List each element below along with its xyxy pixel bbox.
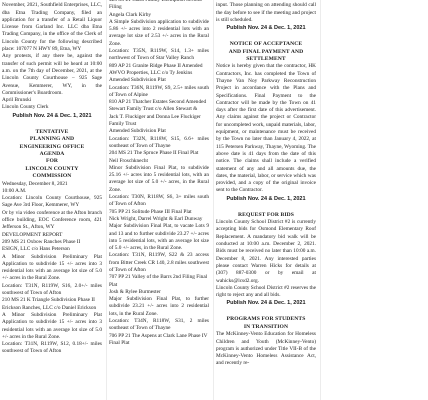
- notice-heading: SETTLEMENT: [216, 56, 316, 63]
- agenda-item-location: Location: T31N, R119W, S22 & 23 access f…: [109, 252, 209, 274]
- agenda-item-title: 809 AP 21 Granite Ridge Phase II Amended: [109, 63, 209, 70]
- agenda-item-title: 707 PP 21 Valley of the Barrs 2nd Filing…: [109, 274, 209, 289]
- publish-dates: Publish Nov. 24 & Dec. 1, 2021: [2, 112, 102, 120]
- agenda-item-location: Location: T35N, R119W, S14, 1.3+ miles n…: [109, 48, 209, 63]
- notice-heading: PLANNING AND: [2, 136, 102, 143]
- agenda-location: Location: Lincoln County Courthouse, 925…: [2, 195, 102, 210]
- agenda-item-desc: Major Subdivision Final Plat, to vacate …: [109, 223, 209, 252]
- agenda-section: DEVELOPMENT REPORT: [2, 232, 102, 239]
- notice-text: Any protests, if any there be, against t…: [2, 53, 102, 97]
- agenda-time: 10:00 A.M.: [2, 188, 102, 195]
- notice-text: Lincoln County School District #2 reserv…: [216, 285, 316, 300]
- agenda-item-applicant: Neil Froschknecht: [109, 158, 209, 165]
- notice-heading: LINCOLN COUNTY: [2, 166, 102, 173]
- notice-heading: AGENDA: [2, 151, 102, 158]
- notice-heading: FOR: [2, 158, 102, 165]
- notice-text: to attend the public hearing and to prov…: [216, 0, 316, 24]
- agenda-item-desc: Minor Subdivision Final Plat, to subdivi…: [109, 165, 209, 194]
- agenda-item-applicant: Jack T. Fluckiger and Donna Lee Fluckige…: [109, 114, 209, 129]
- agenda-item-desc: A Minor Subdivision Preliminary Plat App…: [2, 312, 102, 341]
- agenda-item-applicant: Angela Clark Kirby: [109, 12, 209, 19]
- column-1: Notice is hereby given that on the 16th …: [2, 0, 102, 400]
- agenda-item-desc: Major Subdivision Final Plat, to further…: [109, 296, 209, 318]
- notice-heading: ENGINEERING OFFICE: [2, 144, 102, 151]
- column-divider: [320, 0, 321, 400]
- agenda-item-applicant: Erickson Ranches, LLC c/o Daniel Erickso…: [2, 305, 102, 312]
- agenda-item-desc: A Minor Subdivision Preliminary Plat App…: [2, 254, 102, 283]
- publish-dates: Publish Nov. 24 & Dec. 1, 2021: [216, 195, 316, 203]
- agenda-item-location: Location: T30N, R118W, S6, 3+ miles sout…: [109, 194, 209, 209]
- agenda-item-title: 423 SS 21 Clark Family Exemption Second …: [109, 0, 209, 12]
- notice-heading: PROGRAMS FOR STUDENTS: [216, 316, 316, 323]
- notice-heading: AND FINAL PAYMENT AND: [216, 49, 316, 56]
- notice-heading: REQUEST FOR BIDS: [216, 212, 316, 219]
- agenda-item-location: Location: T36N, R119W, S9, 2.5+ miles so…: [109, 85, 209, 100]
- column-3: to attend the public hearing and to prov…: [216, 0, 316, 400]
- agenda-item-title: 210 MS 21 K Triangle Subdivision Phase I…: [2, 297, 102, 304]
- agenda-item-applicant: Stewart Family Trust c/o Allen Stewart &: [109, 106, 209, 113]
- notice-heading: NOTICE OF ACCEPTANCE: [216, 41, 316, 48]
- notice-heading: COMMISSION: [2, 173, 102, 180]
- agenda-video: Or by via video conference at the Afton …: [2, 210, 102, 232]
- agenda-item-applicant: AWVO Properties, LLC c/o Ty Jenkins: [109, 70, 209, 77]
- agenda-item-applicant: ESIGN, LLC c/o Hans Peterson: [2, 246, 102, 253]
- notice-text: Lincoln County School District #2 is cur…: [216, 219, 316, 285]
- notice-signature: April Brunski: [2, 97, 102, 104]
- notice-heading: TENTATIVE: [2, 129, 102, 136]
- notice-text: Notice is hereby given that on the 16th …: [2, 0, 102, 53]
- newspaper-legal-notices-page: Notice is hereby given that on the 16th …: [0, 0, 428, 400]
- agenda-item-desc: A Simple Subdivision application to subd…: [109, 19, 209, 48]
- agenda-item-title: 209 MS 21 Oxbow Ranches Phase II: [2, 239, 102, 246]
- agenda-item-location: Location: T32N, R118W, S15, 6.6+ miles s…: [109, 136, 209, 151]
- publish-dates: Publish Nov. 24 & Dec. 1, 2021: [216, 24, 316, 32]
- agenda-item-desc: Amended Subdivision Plat: [109, 128, 209, 135]
- agenda-item-title: 706 PP 21 The Aspens at Clark Lane Phase…: [109, 333, 209, 348]
- notice-signature-title: Lincoln County Clerk: [2, 104, 102, 111]
- agenda-item-title: 204 MS 21 The Spruce Phase II Final Plat: [109, 150, 209, 157]
- column-divider: [106, 0, 107, 400]
- agenda-item-location: Location: T34N, R118W, S31, 2 miles sout…: [109, 318, 209, 333]
- agenda-item-title: 810 AP 21 Thatcher Estates Second Amende…: [109, 99, 209, 106]
- agenda-item-location: Location: T31N, R119W, S16, 2.0+/- miles…: [2, 283, 102, 298]
- notice-text: Notice is hereby given that the contract…: [216, 63, 316, 194]
- column-divider: [213, 0, 214, 400]
- notice-text: The McKinney-Vento Education for Homeles…: [216, 331, 316, 367]
- column-2: 423 SS 21 Clark Family Exemption Second …: [109, 0, 209, 400]
- agenda-date: Wednesday, December 8, 2021: [2, 181, 102, 188]
- agenda-item-location: Location: T31N, R119W, S12, 0.18+/- mile…: [2, 341, 102, 356]
- agenda-item-applicant: Nick Wright, Darrel Wright & Earl Dunway: [109, 216, 209, 223]
- agenda-item-title: 705 PP 21 Solitude Phase III Final Plat: [109, 209, 209, 216]
- agenda-item-desc: Amended Subdivision Plat: [109, 77, 209, 84]
- publish-dates: Publish Nov. 24 & Dec. 1, 2021: [216, 299, 316, 307]
